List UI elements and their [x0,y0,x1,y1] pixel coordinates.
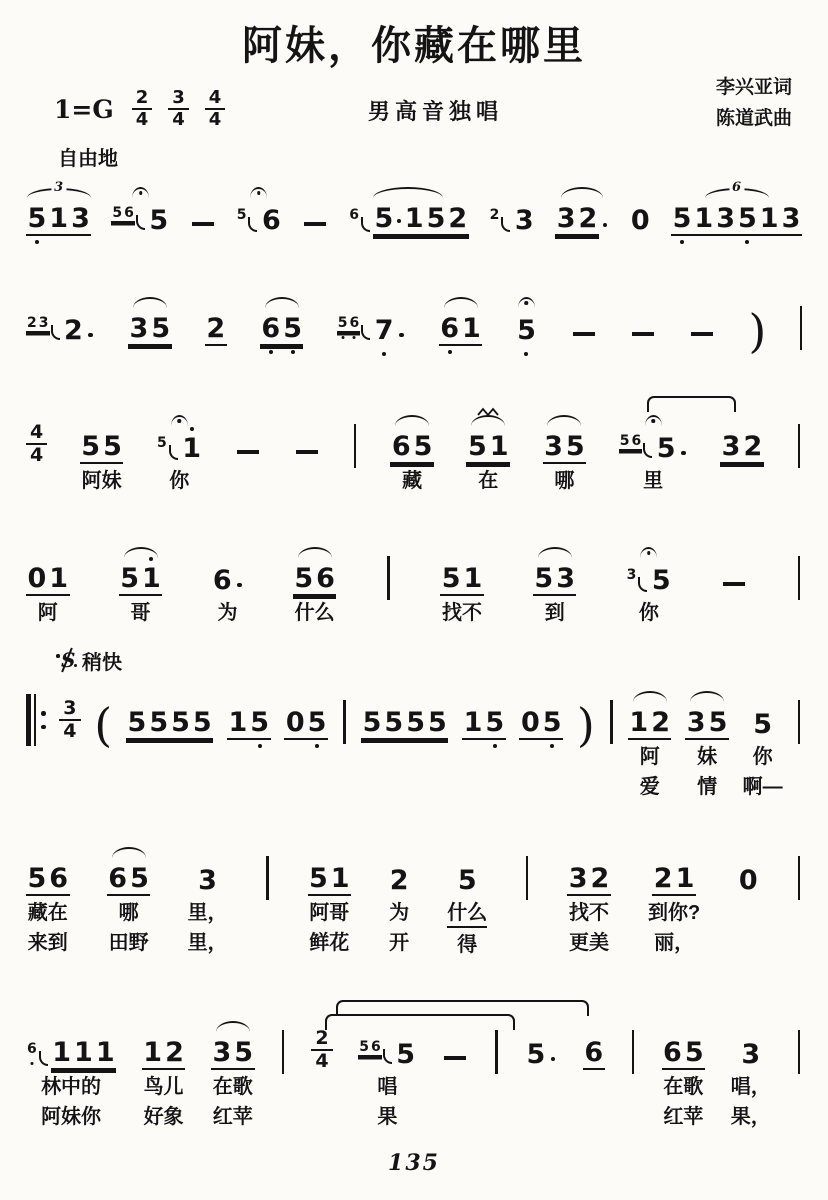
note-digits: 1 [181,435,203,464]
note-token: 35你 [626,532,673,626]
note-decorations [26,282,95,308]
note-digits: 05 [519,709,563,740]
slur-icon [690,691,724,702]
lyric-text [33,745,39,770]
digit: 5 [384,709,403,736]
lyric-text: 爱 [640,775,660,800]
lyric-text: 啊— [743,775,783,800]
music-line: 23235265567615) [26,282,802,346]
lyric-text [402,745,408,770]
lyric-text [167,745,173,770]
credits: 李兴亚词 陈道武曲 [716,72,792,134]
note-decorations [390,400,434,426]
note-token: 567 [337,282,406,346]
note-decorations [352,400,358,426]
lyric-text: 开 [389,931,409,956]
digit: 5 [171,709,190,736]
digit: 1 [463,565,482,592]
digit: 5 [234,1039,253,1066]
note-token: 5555 [361,676,448,800]
note-decorations [26,532,70,558]
note-digits: 3 [197,867,219,896]
fermata-icon [250,187,267,198]
dash-note [192,222,214,226]
digit: 5 [458,867,477,894]
digit: 3 [71,205,90,232]
digit: 3 [741,1041,760,1068]
slur-icon [471,415,505,426]
digit: 3 [515,207,534,234]
note-token: 65在歌红苹 [662,1006,706,1130]
note-token: 65 [260,282,304,346]
note-decorations [190,172,216,198]
note-token: 35在歌红苹 [211,1006,255,1130]
note-digits: 2 [205,315,227,346]
note-token: 51哥 [119,532,163,626]
digit: 5 [309,865,328,892]
barline-token [609,676,615,800]
digit: 3 [130,315,149,342]
note-body: 513 [26,198,91,236]
digit: 5 [128,709,147,736]
note-body: 6 [583,1032,605,1070]
digit: 5 [753,711,772,738]
lyric-text: 你 [169,469,189,494]
note-decorations [743,676,783,702]
lyric-text: 阿妹你 [41,1105,101,1130]
note-body: 65 [107,858,151,896]
octave-dot [269,350,273,354]
lyric-text: 鸟儿 [144,1075,184,1100]
dash-note [691,332,713,336]
note-digits: 5152 [373,205,469,236]
note-token: 35 [128,282,172,346]
note-body: 51 [440,558,484,596]
note-digits: 35 [211,1039,255,1070]
digit: 3 [556,565,575,592]
note-decorations [796,832,802,858]
note-decorations [731,1006,771,1032]
note-body [26,702,46,740]
digit: 5 [485,709,504,736]
note-body [354,426,357,464]
dash-note [573,332,595,336]
fermata-icon [640,547,657,558]
note-decorations [466,400,510,426]
digit: 1 [331,865,350,892]
note-decorations [533,532,577,558]
lyric-text: 什么 [295,601,335,626]
octave-dot [745,240,749,244]
notes-row: 35135655665152233206513513 [26,172,802,236]
lyric-text: 更美 [569,931,609,956]
note-token: 5 [525,1006,557,1130]
paren-token: ( [94,676,112,800]
lyric-text: 唱 [377,1075,397,1100]
note-token: 6513513 [671,172,802,236]
barline-token [800,282,803,346]
note-body [526,858,529,896]
digit: 5 [294,565,313,592]
octave-dot [190,427,194,431]
lyric-text [452,1105,458,1130]
note-digits: 51 [308,865,352,896]
note-token: 0 [737,832,759,956]
digit: 5 [685,1039,704,1066]
slur-icon [298,547,332,558]
barline-token [524,832,530,956]
tempo-text: 自由地 [58,142,118,171]
lyric-text: 丽， [654,931,694,956]
note-digits: 32 [567,865,611,896]
lyric-text [731,601,737,626]
note-body: 35 [626,558,673,596]
note-token: 21到你?丽， [648,832,700,956]
digit: 5 [673,205,692,232]
dash-note [296,450,318,454]
note-decorations [626,532,673,558]
note-body: 5555 [126,702,213,740]
dot-note [397,219,402,224]
time-token: 34 [59,676,80,800]
octave-dot [341,336,344,339]
music-line: S稍快 34 ( 5555 15 05 5555 15 05 ) 12阿爱35妹… [26,676,802,800]
note-decorations [440,532,484,558]
digit: 6 [440,315,459,342]
grace-notes: 6 [348,208,370,223]
lyric-text [319,1105,325,1130]
note-digits: 32 [720,433,764,464]
note-body: ( [94,702,112,740]
note-digits: 65 [260,315,304,346]
grace-notes: 56 [111,206,145,223]
meter-list: 243444 [132,88,226,130]
digit: 5 [406,709,425,736]
digit: 5 [363,709,382,736]
lyric-text: 找不 [569,901,609,926]
lyric-text [609,745,615,770]
note-body [235,426,261,464]
lyric-text [100,745,106,770]
lyric-text [796,1105,802,1130]
note-body: 565 [619,426,688,464]
note-body [266,858,269,896]
lyric-text: 你 [753,745,773,770]
lyric-text [303,745,309,770]
notes-row: 44 55阿妹51你 65藏51在35哪565里32 [26,400,802,494]
note-body: 51 [119,558,163,596]
slur-icon [265,297,299,308]
note-digits: 5 [148,207,170,236]
music-line: 自由地35135655665152233206513513 [26,172,802,236]
note-body [798,1032,801,1070]
digit: 5 [396,1041,415,1068]
digit: 6 [316,565,335,592]
digit: 5 [81,433,100,460]
lyric-text [524,931,530,956]
lyric-text: 唱， [731,1075,771,1100]
note-body [442,1032,468,1070]
tuplet-bracket: 6 [705,185,769,198]
barline [354,424,357,468]
note-token: 5555 [126,676,213,800]
key-signature: 1=G [54,95,114,124]
note-body [721,558,747,596]
note-digits: 5 [456,867,478,896]
time-signature: 24 [132,88,153,130]
digit: 5 [283,315,302,342]
digit: 6 [213,567,232,594]
lyric-text: 在歌 [213,1075,253,1100]
grace-hook [169,445,178,460]
grace-hook [248,217,257,232]
digit: 5 [308,709,327,736]
note-digits: 15 [462,709,506,740]
note-decorations [236,172,283,198]
note-token: 2 [205,282,227,346]
note-token: 32 [720,400,764,494]
lyric-text: 到你? [648,901,700,926]
note-body: 5 [752,702,774,740]
digit: 5 [151,315,170,342]
grace-hook [39,1051,48,1066]
digit: 5 [120,565,139,592]
dash-token [571,282,597,346]
digit: 1 [490,433,509,460]
note-digits: 35 [543,433,587,464]
note-digits: 0 [629,207,651,236]
music-line: 56藏在来到65哪田野3里，里， 51阿哥鲜花2为开5什么得 32找不更美21到… [26,832,802,958]
note-decorations [543,400,587,426]
note-decorations [737,832,759,858]
note-digits: 6 [583,1039,605,1070]
digit: 3 [722,433,741,460]
note-digits: 01 [26,565,70,596]
note-decorations [119,532,163,558]
note-digits: 3 [513,207,535,236]
paren-token: ) [748,282,766,346]
note-decorations [126,676,213,702]
note-body: 0 [737,858,759,896]
note-digits: 35 [128,315,172,346]
music-line: 6111林中的阿妹你12鸟儿好象35在歌红苹 24 565唱果 5 6 65在歌… [26,1006,802,1130]
note-body: ) [748,308,766,346]
slur-icon [216,1021,250,1032]
note-token: 12阿爱 [628,676,672,800]
note-decorations [337,282,406,308]
note-token: 35妹情 [685,676,729,800]
lyric-text: 果， [731,1105,771,1130]
parenthesis: ( [94,707,112,744]
lyric-text: 里， [188,901,228,926]
note-digits: 56 [293,565,337,596]
digit: 3 [198,867,217,894]
digit: 1 [760,205,779,232]
note-decorations [111,172,169,198]
note-decorations: 6 [671,172,802,198]
note-decorations [361,676,448,702]
note-body: 5 [525,1032,557,1070]
note-body: 35 [685,702,729,740]
note-body [343,702,346,740]
lyric-text [280,1075,286,1100]
lyric-text [167,775,173,800]
note-body: 53 [533,558,577,596]
note-body: 56 [236,198,283,236]
octave-dot [550,744,554,748]
fermata-icon [132,187,149,198]
note-body: 35 [211,1032,255,1070]
note-digits: 21 [652,865,696,896]
note-token: 51阿哥鲜花 [308,832,352,956]
note-token: 53到 [533,532,577,626]
slur-icon [561,187,603,198]
digit: 2 [579,205,598,232]
note-body: 12 [142,1032,186,1070]
digit: 1 [142,565,161,592]
note-decorations [235,400,261,426]
note-body: 2 [205,308,227,346]
note-digits: 6 [260,207,282,236]
time-signature: 44 [205,88,226,130]
note-digits: 05 [284,709,328,740]
note-decorations [293,532,337,558]
barline [495,1030,498,1074]
octave-dot [353,336,356,339]
lyric-text: 哥 [131,601,151,626]
digit: 5 [517,317,536,344]
digit: 5 [442,565,461,592]
note-body: 34 [59,702,80,740]
lyric-text [245,469,251,494]
lyric-text [265,901,271,926]
grace-notes: 56 [358,1040,392,1057]
note-body: 65152 [348,198,468,236]
note-digits: 7 [373,317,395,346]
note-body: 32 [567,858,611,896]
tempo-text: 稍快 [82,646,122,675]
lyric-text [67,745,73,770]
lyric-text [796,775,802,800]
barline-token [342,676,348,800]
note-decorations [489,172,536,198]
digit: 3 [557,205,576,232]
note-token: 565里 [619,400,688,494]
note-token: 65152 [348,172,468,236]
barline [610,700,613,744]
dash-token [294,400,320,494]
note-decorations [439,282,483,308]
lyric-text [494,1105,500,1130]
note-token: 56什么 [293,532,337,626]
note-decorations [447,832,487,858]
note-decorations [386,532,392,558]
grace-notes: 23 [26,316,60,333]
barline-token [796,400,802,494]
note-decorations [630,282,656,308]
grace-notes: 5 [156,436,178,451]
note-body: 565 [111,198,169,236]
slur-icon [633,691,667,702]
note-body: 15 [227,702,271,740]
note-token: 61 [439,282,483,346]
lyric-text [452,1075,458,1100]
grace-notes: 56 [619,434,653,451]
note-decorations [284,676,328,702]
note-decorations [142,1006,186,1032]
digit: 5 [193,709,212,736]
sheet-page: 阿妹，你藏在哪里 1=G 243444 男高音独唱 李兴亚词 陈道武曲 135 … [0,0,828,1200]
augmentation-dot [681,451,686,456]
note-body [798,558,801,596]
lyric-text: 里， [188,931,228,956]
octave-dot [258,744,262,748]
note-decorations [302,172,328,198]
digit: 5 [149,207,168,234]
lyric-text: 阿 [640,745,660,770]
digit: 5 [526,1041,545,1068]
lyric-text: 得 [457,933,477,958]
note-token: 65藏 [390,400,434,494]
lyric-text: 情 [697,775,717,800]
digit: 1 [462,315,481,342]
note-decorations [524,832,530,858]
dash-token [721,532,747,626]
lyric-text [796,601,802,626]
note-token: 15 [462,676,506,800]
note-body: 56 [293,558,337,596]
note-body [387,558,390,596]
lyric-text [591,1105,597,1130]
grace-notes: 56 [337,316,371,333]
note-decorations [800,282,803,308]
notes-row: 34 ( 5555 15 05 5555 15 05 ) 12阿爱35妹情5你啊… [26,676,802,800]
note-digits: 51 [119,565,163,596]
slur-icon [395,415,429,426]
note-body [302,198,328,236]
lyric-text [538,1105,544,1130]
lyric-text [630,1105,636,1130]
lyric-text: 红苹 [213,1105,253,1130]
digit: 6 [49,865,68,892]
digit: 1 [676,865,695,892]
note-body: 65 [390,426,434,464]
grace-notes: 3 [626,568,648,583]
octave-dot [524,352,528,356]
barline-token [386,532,392,626]
note-decorations [721,532,747,558]
note-body: 513513 [671,198,802,236]
notes-row: 01阿51哥6为56什么 51找不53到35你 [26,532,802,626]
note-decorations [348,172,468,198]
octave-dot [493,744,497,748]
tie-icon [647,396,736,412]
digit: 6 [392,433,411,460]
digit: 5 [130,865,149,892]
dash-note [632,332,654,336]
digit: 1 [74,1039,93,1066]
note-decorations [211,1006,255,1032]
note-digits: 55 [80,433,124,464]
digit: 1 [229,709,248,736]
digit: 6 [663,1039,682,1066]
note-body [630,308,656,346]
barline [800,306,803,350]
digit: 0 [631,207,650,234]
digit: 0 [286,709,305,736]
dash-token [689,282,715,346]
key-signature-row: 1=G 243444 [54,88,225,130]
